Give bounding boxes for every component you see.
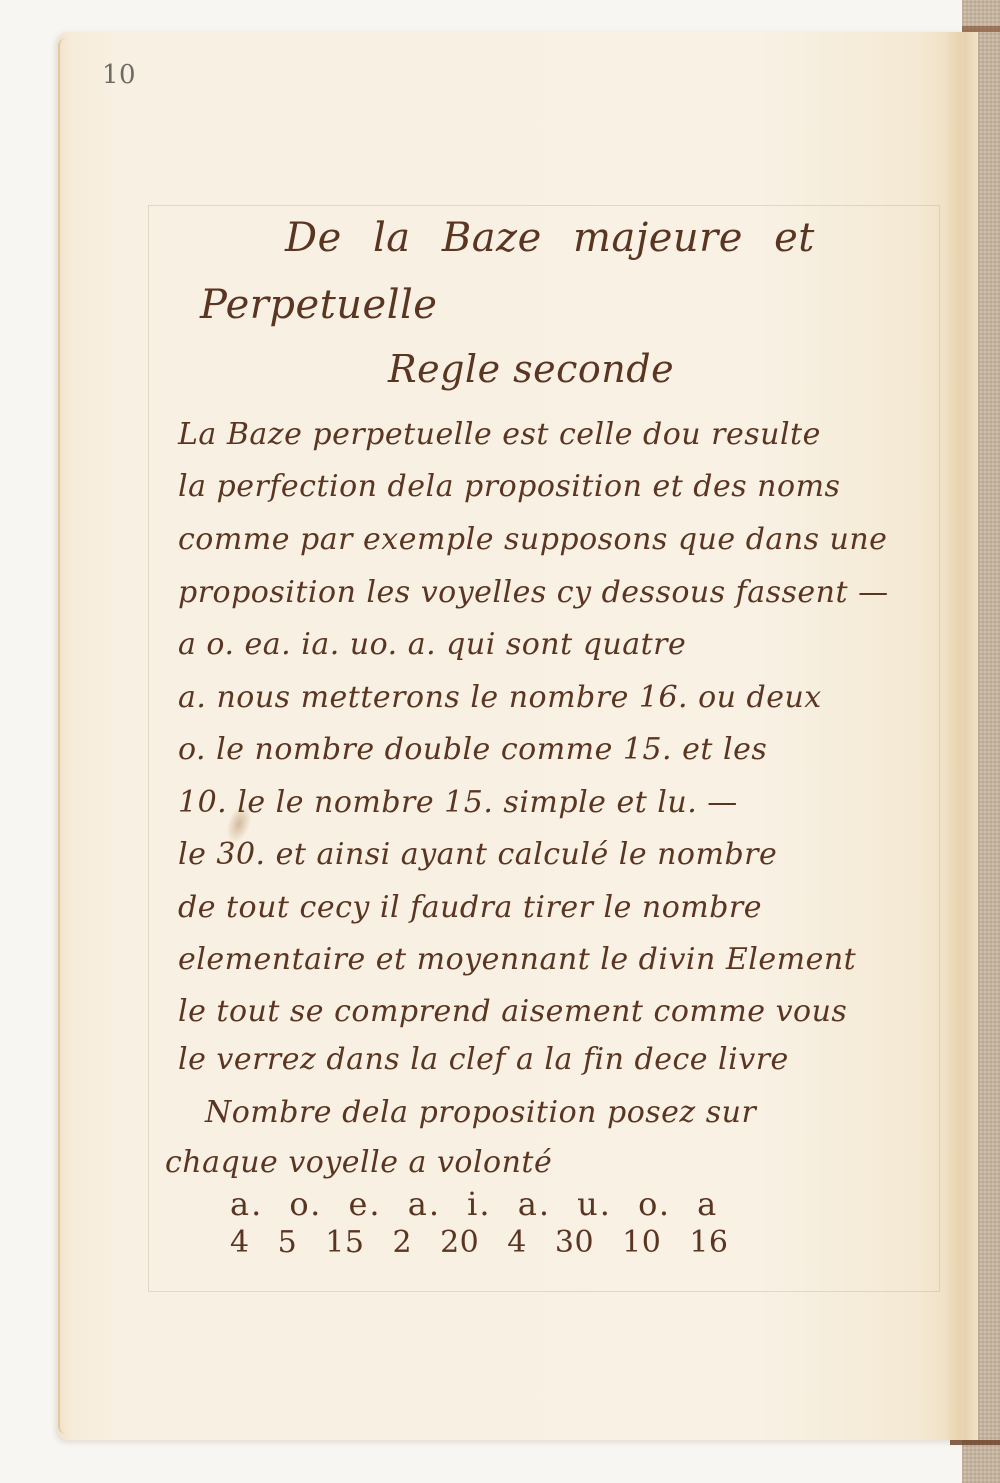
heading-line-1: De la Baze majeure et — [285, 218, 815, 258]
binding-edge-bottom — [950, 1440, 1000, 1445]
body-line: comme par exemple supposons que dans une — [178, 525, 887, 555]
folio-number: 10 — [102, 62, 136, 88]
number-sequence: 4 5 15 2 20 4 30 10 16 — [230, 1228, 729, 1258]
body-line: a o. ea. ia. uo. a. qui sont quatre — [178, 630, 686, 660]
heading-subtitle: Regle seconde — [388, 350, 674, 388]
heading-line-2: Perpetuelle — [200, 285, 437, 325]
body-line: de tout cecy il faudra tirer le nombre — [178, 893, 762, 923]
body-line: le 30. et ainsi ayant calculé le nombre — [178, 840, 777, 870]
body-line: le verrez dans la clef a la fin dece liv… — [178, 1045, 789, 1075]
body-line: 10. le le nombre 15. simple et lu. — — [178, 788, 738, 818]
body-line: le tout se comprend aisement comme vous — [178, 997, 847, 1027]
body-line: Nombre dela proposition posez sur — [205, 1098, 756, 1128]
body-line: o. le nombre double comme 15. et les — [178, 735, 767, 765]
body-line: proposition les voyelles cy dessous fass… — [178, 578, 889, 608]
vowel-sequence: a. o. e. a. i. a. u. o. a — [230, 1188, 718, 1220]
gutter-shadow — [946, 32, 978, 1440]
body-line: la perfection dela proposition et des no… — [178, 472, 840, 502]
body-line: elementaire et moyennant le divin Elemen… — [178, 945, 856, 975]
body-line: chaque voyelle a volonté — [165, 1148, 552, 1178]
body-line: a. nous metterons le nombre 16. ou deux — [178, 683, 822, 713]
body-line: La Baze perpetuelle est celle dou result… — [178, 420, 821, 450]
